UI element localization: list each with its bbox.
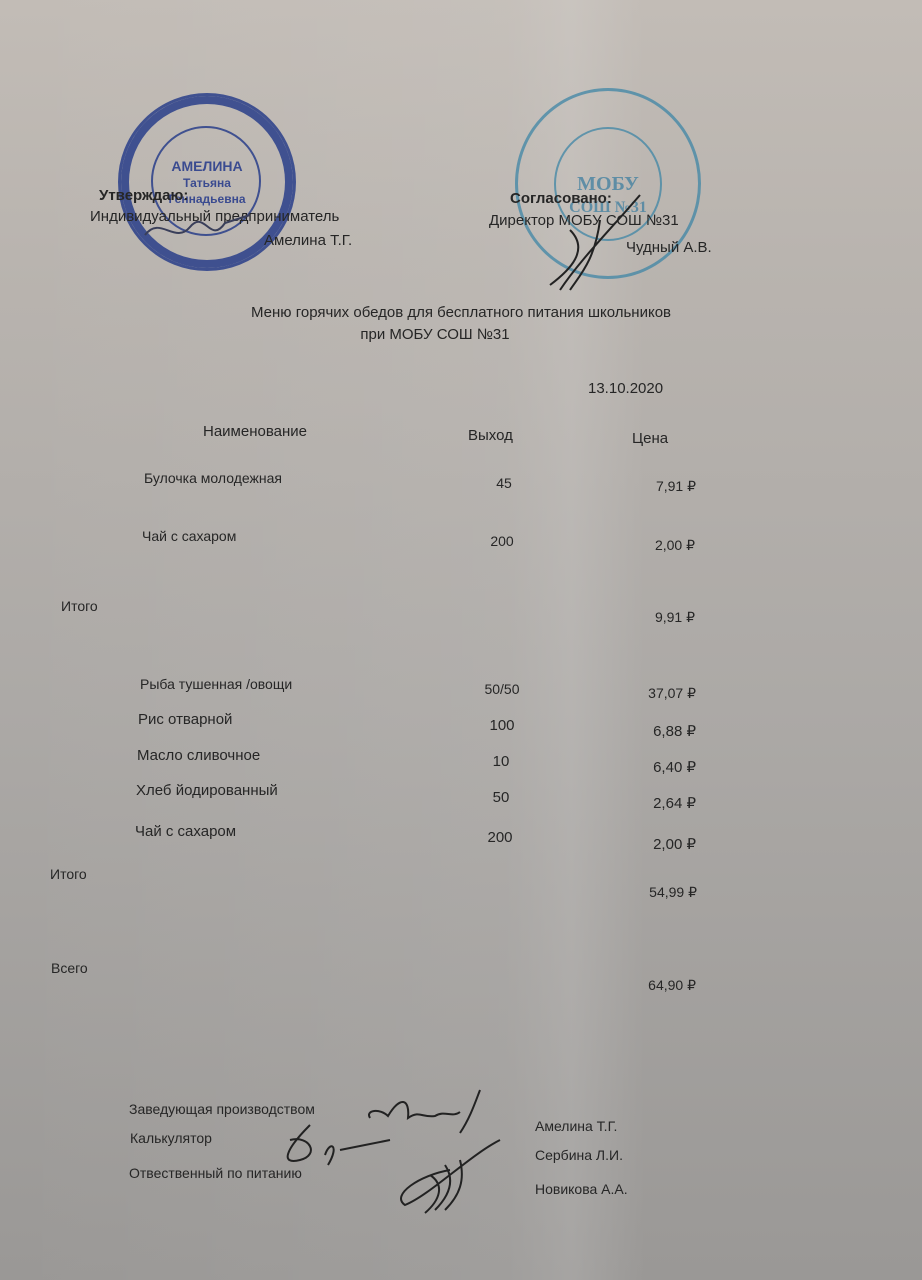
- menu-item-price: 37,07 ₽: [586, 685, 696, 702]
- signature-nutrition-responsible: [390, 1135, 510, 1215]
- document-title-line1: Меню горячих обедов для бесплатного пита…: [0, 304, 922, 321]
- header-price: Цена: [632, 430, 668, 447]
- menu-item-yield: 50: [466, 789, 536, 806]
- signature-name: Сербина Л.И.: [535, 1147, 623, 1163]
- menu-item-price: 7,91 ₽: [586, 478, 696, 495]
- menu-item-price: 2,00 ₽: [586, 835, 696, 853]
- header-name: Наименование: [203, 423, 307, 440]
- approve-name: Амелина Т.Г.: [264, 232, 352, 249]
- document-title-line2: при МОБУ СОШ №31: [0, 326, 870, 343]
- menu-item-yield: 50/50: [467, 681, 537, 697]
- lunch-total-price: 54,99 ₽: [587, 884, 697, 901]
- left-stamp-line1: АМЕЛИНА: [121, 158, 293, 174]
- menu-item-yield: 10: [466, 753, 536, 770]
- menu-item-yield: 200: [465, 829, 535, 846]
- signature-role: Заведующая производством: [129, 1101, 315, 1117]
- grand-total-price: 64,90 ₽: [586, 977, 696, 994]
- signature-name: Амелина Т.Г.: [535, 1118, 617, 1134]
- menu-item-name: Чай с сахаром: [142, 528, 236, 544]
- menu-item-price: 6,40 ₽: [586, 758, 696, 776]
- breakfast-total-price: 9,91 ₽: [585, 609, 695, 626]
- menu-item-name: Рыба тушенная /овощи: [140, 676, 292, 692]
- approve-heading: Утверждаю:: [99, 187, 188, 204]
- signature-right-approval: [540, 190, 650, 300]
- menu-item-name: Рис отварной: [138, 711, 232, 728]
- menu-item-name: Булочка молодежная: [144, 470, 282, 486]
- breakfast-total-label: Итого: [61, 598, 98, 614]
- lunch-total-label: Итого: [50, 866, 87, 882]
- menu-item-yield: 100: [467, 717, 537, 734]
- menu-item-price: 2,64 ₽: [586, 794, 696, 812]
- header-yield: Выход: [468, 427, 513, 444]
- menu-item-price: 6,88 ₽: [586, 722, 696, 740]
- menu-item-price: 2,00 ₽: [585, 537, 695, 554]
- grand-total-label: Всего: [51, 960, 88, 976]
- signature-calculator: [270, 1120, 400, 1170]
- menu-item-name: Чай с сахаром: [135, 823, 236, 840]
- signature-name: Новикова А.А.: [535, 1181, 628, 1197]
- menu-item-name: Масло сливочное: [137, 747, 260, 764]
- menu-item-name: Хлеб йодированный: [136, 782, 278, 799]
- signature-left-approval: [140, 205, 260, 255]
- signature-role: Калькулятор: [130, 1130, 212, 1146]
- menu-item-yield: 200: [467, 533, 537, 549]
- menu-item-yield: 45: [469, 475, 539, 491]
- document-date: 13.10.2020: [588, 380, 663, 397]
